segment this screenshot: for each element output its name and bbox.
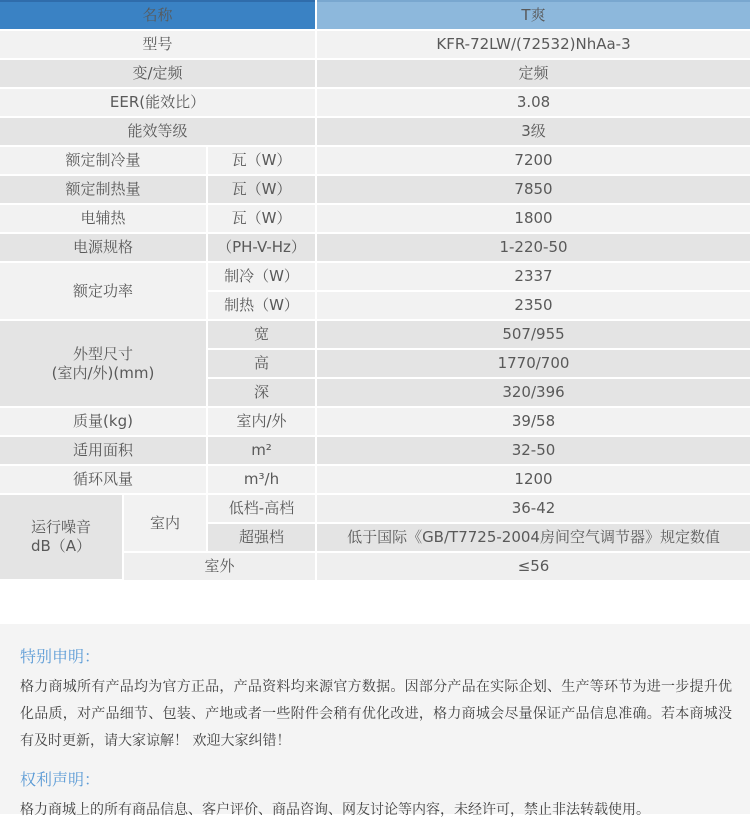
noise-indoor-label: 室内	[123, 494, 207, 552]
notices-panel: 特别申明： 格力商城所有产品均为官方正品，产品资料均来源官方数据。因部分产品在实…	[0, 624, 750, 814]
area-label: 适用面积	[0, 436, 207, 465]
dimensions-depth-unit: 深	[207, 378, 316, 407]
electric-heater-value: 1800	[316, 204, 750, 233]
freq-label: 变/定频	[0, 59, 316, 88]
special-statement-body: 格力商城所有产品均为官方正品，产品资料均来源官方数据。因部分产品在实际企划、生产…	[20, 674, 732, 755]
rated-power-cooling-unit: 制冷（W）	[207, 262, 316, 291]
model-label: 型号	[0, 30, 316, 59]
noise-label-line2: dB（A）	[31, 537, 91, 555]
noise-outdoor-value: ≤56	[316, 552, 750, 580]
noise-low-high-value: 36-42	[316, 494, 750, 523]
row-noise-low-high: 运行噪音 dB（A） 室内 低档-高档 36-42	[0, 494, 750, 523]
dimensions-depth-value: 320/396	[316, 378, 750, 407]
weight-value: 39/58	[316, 407, 750, 436]
row-freq: 变/定频 定频	[0, 59, 750, 88]
power-supply-unit: （PH-V-Hz）	[207, 233, 316, 262]
dimensions-height-value: 1770/700	[316, 349, 750, 378]
area-unit: m²	[207, 436, 316, 465]
row-airflow: 循环风量 m³/h 1200	[0, 465, 750, 494]
noise-label-line1: 运行噪音	[31, 518, 91, 536]
heating-capacity-unit: 瓦（W）	[207, 175, 316, 204]
row-dimensions-width: 外型尺寸 (室内/外)(mm) 宽 507/955	[0, 320, 750, 349]
airflow-unit: m³/h	[207, 465, 316, 494]
row-weight: 质量(kg) 室内/外 39/58	[0, 407, 750, 436]
energy-grade-label: 能效等级	[0, 117, 316, 146]
noise-label: 运行噪音 dB（A）	[0, 494, 123, 580]
rights-statement-title: 权利声明：	[20, 769, 730, 791]
row-eer: EER(能效比） 3.08	[0, 88, 750, 117]
cooling-capacity-label: 额定制冷量	[0, 146, 207, 175]
dimensions-label: 外型尺寸 (室内/外)(mm)	[0, 320, 207, 407]
row-model: 型号 KFR-72LW/(72532)NhAa-3	[0, 30, 750, 59]
dimensions-width-unit: 宽	[207, 320, 316, 349]
airflow-value: 1200	[316, 465, 750, 494]
cooling-capacity-value: 7200	[316, 146, 750, 175]
noise-low-high-unit: 低档-高档	[207, 494, 316, 523]
spec-table: 名称 T爽 型号 KFR-72LW/(72532)NhAa-3 变/定频 定频 …	[0, 0, 750, 581]
rated-power-label: 额定功率	[0, 262, 207, 320]
electric-heater-label: 电辅热	[0, 204, 207, 233]
row-heating-capacity: 额定制热量 瓦（W） 7850	[0, 175, 750, 204]
heating-capacity-label: 额定制热量	[0, 175, 207, 204]
power-supply-label: 电源规格	[0, 233, 207, 262]
row-electric-heater: 电辅热 瓦（W） 1800	[0, 204, 750, 233]
power-supply-value: 1-220-50	[316, 233, 750, 262]
rights-statement-body: 格力商城上的所有商品信息、客户评价、商品咨询、网友讨论等内容，未经许可，禁止非法…	[20, 797, 732, 821]
electric-heater-unit: 瓦（W）	[207, 204, 316, 233]
header-row: 名称 T爽	[0, 1, 750, 30]
airflow-label: 循环风量	[0, 465, 207, 494]
freq-value: 定频	[316, 59, 750, 88]
row-cooling-capacity: 额定制冷量 瓦（W） 7200	[0, 146, 750, 175]
model-value: KFR-72LW/(72532)NhAa-3	[316, 30, 750, 59]
rated-power-cooling-value: 2337	[316, 262, 750, 291]
eer-label: EER(能效比）	[0, 88, 316, 117]
special-statement-title: 特别申明：	[20, 646, 730, 668]
row-area: 适用面积 m² 32-50	[0, 436, 750, 465]
energy-grade-value: 3级	[316, 117, 750, 146]
heating-capacity-value: 7850	[316, 175, 750, 204]
eer-value: 3.08	[316, 88, 750, 117]
dimensions-width-value: 507/955	[316, 320, 750, 349]
cooling-capacity-unit: 瓦（W）	[207, 146, 316, 175]
noise-super-unit: 超强档	[207, 523, 316, 552]
row-energy-grade: 能效等级 3级	[0, 117, 750, 146]
row-power-supply: 电源规格 （PH-V-Hz） 1-220-50	[0, 233, 750, 262]
noise-super-value: 低于国际《GB/T7725-2004房间空气调节器》规定数值	[316, 523, 750, 552]
dimensions-height-unit: 高	[207, 349, 316, 378]
product-spec-page: 名称 T爽 型号 KFR-72LW/(72532)NhAa-3 变/定频 定频 …	[0, 0, 750, 821]
weight-label: 质量(kg)	[0, 407, 207, 436]
dimensions-label-line2: (室内/外)(mm)	[52, 364, 155, 382]
noise-outdoor-label: 室外	[123, 552, 316, 580]
dimensions-label-line1: 外型尺寸	[73, 345, 133, 363]
area-value: 32-50	[316, 436, 750, 465]
row-rated-power-cooling: 额定功率 制冷（W） 2337	[0, 262, 750, 291]
rated-power-heating-unit: 制热（W）	[207, 291, 316, 320]
header-name-cell: 名称	[0, 1, 316, 30]
weight-unit: 室内/外	[207, 407, 316, 436]
header-product-cell: T爽	[316, 1, 750, 30]
rated-power-heating-value: 2350	[316, 291, 750, 320]
